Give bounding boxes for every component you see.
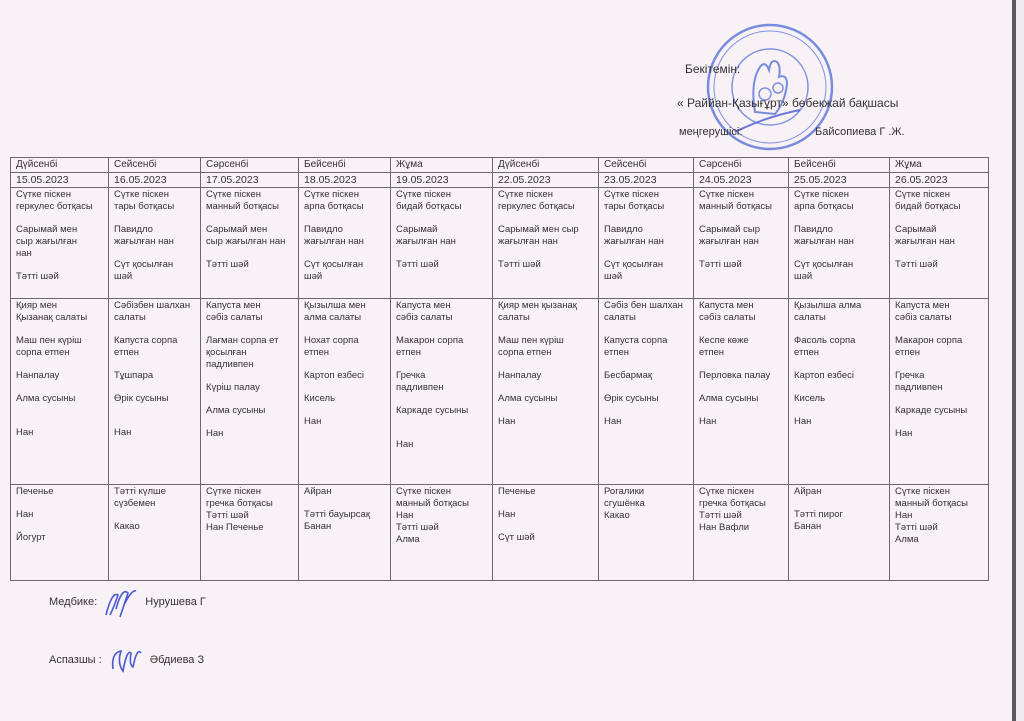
lunch-cell: Қызылша меналма салатыНохат сорпаетпенКа… bbox=[299, 299, 391, 485]
menu-item: Нохат сорпа bbox=[304, 335, 385, 347]
menu-item bbox=[794, 324, 884, 335]
menu-item bbox=[206, 213, 293, 224]
menu-item: Тәтті шәй bbox=[498, 259, 593, 271]
lunch-cell: Қияр менҚызанақ салатыМаш пен күрішсорпа… bbox=[11, 299, 109, 485]
menu-item bbox=[16, 324, 103, 335]
menu-item: Тұшпара bbox=[114, 370, 195, 382]
menu-item bbox=[396, 359, 487, 370]
menu-item bbox=[794, 213, 884, 224]
menu-item bbox=[794, 498, 884, 509]
day-name-cell: Сейсенбі bbox=[109, 158, 201, 173]
date-cell: 18.05.2023 bbox=[299, 173, 391, 188]
breakfast-cell: Сүтке піскенбидай ботқасыСарымайжағылған… bbox=[890, 188, 989, 299]
menu-item: сыр жағылған нан bbox=[206, 236, 293, 248]
menu-item: гречка ботқасы bbox=[206, 498, 293, 510]
menu-item: сәбіз салаты bbox=[699, 312, 783, 324]
date-cell: 16.05.2023 bbox=[109, 173, 201, 188]
menu-item bbox=[699, 324, 783, 335]
menu-item: Сүтке піскен bbox=[699, 189, 783, 201]
menu-item: Сарымай bbox=[895, 224, 983, 236]
menu-item: Тәтті шәй bbox=[16, 271, 103, 283]
menu-item bbox=[498, 324, 593, 335]
menu-item: Маш пен күріш bbox=[498, 335, 593, 347]
menu-item: Нан bbox=[895, 510, 983, 522]
menu-item: Нанпалау bbox=[498, 370, 593, 382]
day-name-cell: Сәрсенбі bbox=[201, 158, 299, 173]
menu-item: Капуста сорпа bbox=[114, 335, 195, 347]
menu-item bbox=[895, 213, 983, 224]
day-name-cell: Жұма bbox=[890, 158, 989, 173]
menu-item: Тәтті шәй bbox=[206, 259, 293, 271]
menu-item: салаты bbox=[114, 312, 195, 324]
menu-item bbox=[396, 428, 487, 439]
menu-item: Нан bbox=[304, 416, 385, 428]
menu-item: Тәтті шәй bbox=[895, 259, 983, 271]
menu-item: Алма bbox=[396, 534, 487, 546]
lunch-cell: Капуста менсәбіз салатыМакарон сорпаетпе… bbox=[890, 299, 989, 485]
menu-item: Қызылша алма bbox=[794, 300, 884, 312]
menu-item: жағылған нан bbox=[498, 236, 593, 248]
lunch-cell: Капуста менсәбіз салатыКеспе көжеетпенПе… bbox=[694, 299, 789, 485]
menu-item: Картоп езбесі bbox=[794, 370, 884, 382]
menu-item: салаты bbox=[794, 312, 884, 324]
menu-item: Сүтке піскен bbox=[396, 486, 487, 498]
menu-item: Сарымай мен bbox=[206, 224, 293, 236]
cook-signature-icon bbox=[107, 643, 145, 677]
nurse-label: Медбике: bbox=[49, 596, 97, 608]
nurse-signature-row: Медбике: Нурушева Г bbox=[49, 585, 206, 619]
menu-item bbox=[498, 498, 593, 509]
menu-item: Сүтке піскен bbox=[206, 189, 293, 201]
menu-item: жағылған нан bbox=[699, 236, 783, 248]
menu-item: Сүтке піскен bbox=[604, 189, 688, 201]
menu-item: жағылған нан bbox=[895, 236, 983, 248]
menu-item: Сүтке піскен bbox=[895, 486, 983, 498]
menu-item: тары ботқасы bbox=[604, 201, 688, 213]
menu-item bbox=[206, 248, 293, 259]
menu-item: етпен bbox=[794, 347, 884, 359]
day-name-cell: Дүйсенбі bbox=[493, 158, 599, 173]
menu-item: Сүтке піскен bbox=[206, 486, 293, 498]
menu-item: геркулес ботқасы bbox=[16, 201, 103, 213]
menu-item: Нан bbox=[498, 416, 593, 428]
menu-item: Алма сусыны bbox=[699, 393, 783, 405]
menu-item bbox=[206, 394, 293, 405]
menu-item: Кисель bbox=[794, 393, 884, 405]
menu-item: Павидло bbox=[304, 224, 385, 236]
menu-item: Алма сусыны bbox=[498, 393, 593, 405]
lunch-cell: Капуста менсәбіз салатыМакарон сорпаетпе… bbox=[391, 299, 493, 485]
menu-item bbox=[498, 248, 593, 259]
menu-item: манный ботқасы bbox=[895, 498, 983, 510]
menu-item: Өрік сусыны bbox=[114, 393, 195, 405]
menu-item bbox=[114, 416, 195, 427]
menu-item: сәбіз салаты bbox=[206, 312, 293, 324]
menu-item: Гречка bbox=[396, 370, 487, 382]
menu-item: Тәтті күлше bbox=[114, 486, 195, 498]
menu-item: Капуста мен bbox=[396, 300, 487, 312]
snack-cell: АйранТәтті бауырсақБанан bbox=[299, 485, 391, 581]
menu-item: Гречка bbox=[895, 370, 983, 382]
menu-item: Сарымай мен сыр bbox=[498, 224, 593, 236]
menu-item bbox=[895, 417, 983, 428]
menu-item: Сүтке піскен bbox=[895, 189, 983, 201]
menu-item bbox=[699, 248, 783, 259]
menu-item bbox=[396, 417, 487, 428]
menu-item: манный ботқасы bbox=[699, 201, 783, 213]
menu-item: Бесбармақ bbox=[604, 370, 688, 382]
menu-item: Перловка палау bbox=[699, 370, 783, 382]
date-cell: 19.05.2023 bbox=[391, 173, 493, 188]
lunch-cell: Сәбізбен шалхансалатыКапуста сорпаетпенТ… bbox=[109, 299, 201, 485]
menu-item bbox=[604, 382, 688, 393]
menu-item: Нан Печенье bbox=[206, 522, 293, 534]
menu-item: Сүтке піскен bbox=[498, 189, 593, 201]
menu-item: Айран bbox=[304, 486, 385, 498]
menu-item: Маш пен күріш bbox=[16, 335, 103, 347]
menu-item: манный ботқасы bbox=[206, 201, 293, 213]
menu-item: шәй bbox=[304, 271, 385, 283]
menu-item bbox=[114, 213, 195, 224]
menu-item bbox=[16, 382, 103, 393]
date-cell: 26.05.2023 bbox=[890, 173, 989, 188]
menu-item: Капуста мен bbox=[699, 300, 783, 312]
menu-item bbox=[604, 359, 688, 370]
day-name-cell: Жұма bbox=[391, 158, 493, 173]
breakfast-cell: Сүтке піскенбидай ботқасыСарымайжағылған… bbox=[391, 188, 493, 299]
menu-item: Тәтті шәй bbox=[396, 259, 487, 271]
menu-item: Павидло bbox=[794, 224, 884, 236]
menu-item: Нан bbox=[206, 428, 293, 440]
approval-position: меңгерушісі: bbox=[679, 126, 742, 138]
menu-item: Какао bbox=[114, 521, 195, 533]
menu-item: Банан bbox=[794, 521, 884, 533]
menu-item bbox=[304, 359, 385, 370]
menu-item bbox=[16, 416, 103, 427]
cook-label: Аспазшы : bbox=[49, 654, 102, 666]
snack-cell: Сүтке піскенманный ботқасыНанТәтті шәйАл… bbox=[890, 485, 989, 581]
menu-item: Қияр мен қызанақ bbox=[498, 300, 593, 312]
menu-item: Тәтті шәй bbox=[699, 510, 783, 522]
menu-item: Тәтті шәй bbox=[895, 522, 983, 534]
breakfast-cell: Сүтке піскенгеркулес ботқасыСарымай мен … bbox=[493, 188, 599, 299]
menu-item: Сүтке піскен bbox=[794, 189, 884, 201]
menu-item: Нанпалау bbox=[16, 370, 103, 382]
menu-item: Нан bbox=[396, 510, 487, 522]
menu-item bbox=[206, 417, 293, 428]
menu-item: Сарымай сыр bbox=[699, 224, 783, 236]
menu-item: етпен bbox=[699, 347, 783, 359]
menu-item: Рогалики bbox=[604, 486, 688, 498]
menu-item: сүзбемен bbox=[114, 498, 195, 510]
menu-item: Нан Вафли bbox=[699, 522, 783, 534]
snack-cell: ПеченьеНанСүт шәй bbox=[493, 485, 599, 581]
menu-item: арпа ботқасы bbox=[794, 201, 884, 213]
date-cell: 15.05.2023 bbox=[11, 173, 109, 188]
menu-item: Павидло bbox=[114, 224, 195, 236]
menu-item: жағылған нан bbox=[114, 236, 195, 248]
menu-item: Тәтті шәй bbox=[699, 259, 783, 271]
menu-item: Кеспе көже bbox=[699, 335, 783, 347]
menu-item: Нан bbox=[114, 427, 195, 439]
menu-item: Капуста мен bbox=[206, 300, 293, 312]
menu-item bbox=[16, 521, 103, 532]
menu-item bbox=[304, 213, 385, 224]
menu-item bbox=[604, 405, 688, 416]
menu-item: Фасоль сорпа bbox=[794, 335, 884, 347]
menu-item: етпен bbox=[396, 347, 487, 359]
menu-item bbox=[498, 213, 593, 224]
day-name-cell: Бейсенбі bbox=[789, 158, 890, 173]
menu-item: Нан bbox=[895, 428, 983, 440]
menu-item bbox=[16, 405, 103, 416]
menu-item bbox=[304, 405, 385, 416]
menu-item: Йогурт bbox=[16, 532, 103, 544]
menu-item: Сүт шәй bbox=[498, 532, 593, 544]
menu-item: Алма bbox=[895, 534, 983, 546]
approval-name: Байсопиева Г .Ж. bbox=[815, 126, 905, 138]
menu-item: Алма сусыны bbox=[206, 405, 293, 417]
menu-item bbox=[794, 382, 884, 393]
breakfast-cell: Сүтке піскен арпа ботқасы Павидложағылға… bbox=[789, 188, 890, 299]
menu-item: Сәбіз бен шалхан bbox=[604, 300, 688, 312]
menu-item: жағылған нан bbox=[604, 236, 688, 248]
menu-item: бидай ботқасы bbox=[895, 201, 983, 213]
menu-item: Нан bbox=[396, 439, 487, 451]
menu-item: Банан bbox=[304, 521, 385, 533]
menu-item: Кисель bbox=[304, 393, 385, 405]
menu-item: Айран bbox=[794, 486, 884, 498]
menu-item: Лағман сорпа ет bbox=[206, 335, 293, 347]
menu-item: етпен bbox=[895, 347, 983, 359]
menu-item bbox=[206, 324, 293, 335]
menu-item: сәбіз салаты bbox=[396, 312, 487, 324]
menu-item: Сүтке піскен bbox=[114, 189, 195, 201]
menu-item bbox=[794, 405, 884, 416]
menu-item bbox=[699, 405, 783, 416]
menu-item bbox=[396, 213, 487, 224]
menu-item: Сүт қосылған bbox=[114, 259, 195, 271]
date-cell: 23.05.2023 bbox=[599, 173, 694, 188]
menu-item: салаты bbox=[498, 312, 593, 324]
breakfast-cell: Сүтке піскенманный ботқасыСарымай менсыр… bbox=[201, 188, 299, 299]
cook-signature-row: Аспазшы : Әбдиева З bbox=[49, 643, 204, 677]
nurse-signature-icon bbox=[102, 585, 140, 619]
menu-item bbox=[114, 359, 195, 370]
menu-item bbox=[304, 382, 385, 393]
menu-item: Тәтті шәй bbox=[206, 510, 293, 522]
menu-item: Капуста мен bbox=[895, 300, 983, 312]
menu-item: падливпен bbox=[396, 382, 487, 394]
menu-item bbox=[794, 248, 884, 259]
menu-item: Сәбізбен шалхан bbox=[114, 300, 195, 312]
nurse-name: Нурушева Г bbox=[145, 596, 206, 608]
lunch-row: Қияр менҚызанақ салатыМаш пен күрішсорпа… bbox=[11, 299, 989, 485]
menu-item bbox=[895, 324, 983, 335]
menu-item: жағылған нан bbox=[794, 236, 884, 248]
menu-item: салаты bbox=[604, 312, 688, 324]
menu-item: шәй bbox=[794, 271, 884, 283]
menu-item: Сүтке піскен bbox=[16, 189, 103, 201]
menu-item: бидай ботқасы bbox=[396, 201, 487, 213]
snack-cell: Сүтке піскенгречка ботқасыТәтті шәйНан П… bbox=[201, 485, 299, 581]
menu-item bbox=[895, 394, 983, 405]
menu-item bbox=[895, 359, 983, 370]
menu-item: Нан bbox=[699, 416, 783, 428]
lunch-cell: Қызылша алмасалатыФасоль сорпаетпенКарто… bbox=[789, 299, 890, 485]
cook-name: Әбдиева З bbox=[150, 654, 204, 666]
menu-item bbox=[396, 394, 487, 405]
menu-item: сорпа етпен bbox=[498, 347, 593, 359]
approval-organization: « Раййан-Қазығұрт» бөбекжай бақшасы bbox=[677, 96, 898, 110]
menu-item: Печенье bbox=[16, 486, 103, 498]
menu-item bbox=[895, 248, 983, 259]
menu-item: Павидло bbox=[604, 224, 688, 236]
lunch-cell: Капуста менсәбіз салатыЛағман сорпа етқо… bbox=[201, 299, 299, 485]
menu-item bbox=[114, 324, 195, 335]
menu-item: Каркаде сусыны bbox=[396, 405, 487, 417]
date-row: 15.05.202316.05.202317.05.202318.05.2023… bbox=[11, 173, 989, 188]
menu-item: падливпен bbox=[206, 359, 293, 371]
snack-cell: Сүтке піскенгречка ботқасыТәтті шәйНан В… bbox=[694, 485, 789, 581]
menu-item: Сүт қосылған bbox=[304, 259, 385, 271]
menu-item: тары ботқасы bbox=[114, 201, 195, 213]
menu-item: Макарон сорпа bbox=[396, 335, 487, 347]
breakfast-cell: Сүтке піскенгеркулес ботқасыСарымай менс… bbox=[11, 188, 109, 299]
menu-item: алма салаты bbox=[304, 312, 385, 324]
lunch-cell: Сәбіз бен шалхансалатыКапуста сорпаетпен… bbox=[599, 299, 694, 485]
menu-item bbox=[604, 248, 688, 259]
menu-item: Каркаде сусыны bbox=[895, 405, 983, 417]
day-name-cell: Бейсенбі bbox=[299, 158, 391, 173]
menu-item bbox=[604, 213, 688, 224]
menu-item: Алма сусыны bbox=[16, 393, 103, 405]
menu-item bbox=[16, 498, 103, 509]
menu-item: Нан bbox=[498, 509, 593, 521]
menu-item: Капуста сорпа bbox=[604, 335, 688, 347]
date-cell: 24.05.2023 bbox=[694, 173, 789, 188]
menu-item: Какао bbox=[604, 510, 688, 522]
menu-item: арпа ботқасы bbox=[304, 201, 385, 213]
snack-cell: Тәтті күлшесүзбеменКакао bbox=[109, 485, 201, 581]
date-cell: 22.05.2023 bbox=[493, 173, 599, 188]
menu-item: геркулес ботқасы bbox=[498, 201, 593, 213]
menu-item: манный ботқасы bbox=[396, 498, 487, 510]
breakfast-cell: Сүтке піскентары ботқасыПавидложағылған … bbox=[599, 188, 694, 299]
menu-item: Тәтті шәй bbox=[396, 522, 487, 534]
menu-item: падливпен bbox=[895, 382, 983, 394]
snack-cell: Сүтке піскен манный ботқасы Нан Тәтті шә… bbox=[391, 485, 493, 581]
menu-item: сыр жағылған bbox=[16, 236, 103, 248]
menu-item: Тәтті бауырсақ bbox=[304, 509, 385, 521]
menu-item bbox=[699, 213, 783, 224]
menu-item bbox=[114, 510, 195, 521]
menu-item: Қызылша мен bbox=[304, 300, 385, 312]
menu-item: шәй bbox=[114, 271, 195, 283]
menu-item: Сүтке піскен bbox=[304, 189, 385, 201]
menu-item: қосылған bbox=[206, 347, 293, 359]
breakfast-cell: Сүтке піскенманный ботқасыСарымай сыржағ… bbox=[694, 188, 789, 299]
menu-item: Сүтке піскен bbox=[396, 189, 487, 201]
day-header-row: ДүйсенбіСейсенбіСәрсенбіБейсенбіЖұмаДүйс… bbox=[11, 158, 989, 173]
menu-item: етпен bbox=[604, 347, 688, 359]
menu-item: Сарымай bbox=[396, 224, 487, 236]
menu-item: Сарымай мен bbox=[16, 224, 103, 236]
day-name-cell: Сәрсенбі bbox=[694, 158, 789, 173]
menu-item: гречка ботқасы bbox=[699, 498, 783, 510]
menu-table: ДүйсенбіСейсенбіСәрсенбіБейсенбіЖұмаДүйс… bbox=[10, 157, 989, 581]
menu-item bbox=[304, 248, 385, 259]
menu-item: Печенье bbox=[498, 486, 593, 498]
menu-item: Сүт қосылған bbox=[794, 259, 884, 271]
day-name-cell: Сейсенбі bbox=[599, 158, 694, 173]
menu-item: нан bbox=[16, 248, 103, 260]
menu-item: Картоп езбесі bbox=[304, 370, 385, 382]
menu-item: Нан bbox=[16, 509, 103, 521]
menu-item: Сүтке піскен bbox=[699, 486, 783, 498]
menu-item: жағылған нан bbox=[304, 236, 385, 248]
menu-item bbox=[114, 382, 195, 393]
menu-item: Нан bbox=[794, 416, 884, 428]
menu-item bbox=[396, 248, 487, 259]
snack-row: ПеченьеНанЙогурт Тәтті күлшесүзбеменКака… bbox=[11, 485, 989, 581]
menu-item bbox=[604, 324, 688, 335]
menu-item: етпен bbox=[304, 347, 385, 359]
menu-item bbox=[16, 213, 103, 224]
menu-item bbox=[498, 521, 593, 532]
menu-item: Қияр мен bbox=[16, 300, 103, 312]
snack-cell: АйранТәтті пирогБанан bbox=[789, 485, 890, 581]
menu-item bbox=[699, 382, 783, 393]
menu-item: Нан bbox=[16, 427, 103, 439]
breakfast-cell: Сүтке піскен арпа ботқасыПавидложағылған… bbox=[299, 188, 391, 299]
date-cell: 25.05.2023 bbox=[789, 173, 890, 188]
lunch-cell: Қияр мен қызанақсалатыМаш пен күрішсорпа… bbox=[493, 299, 599, 485]
approval-title: Бекітемін: bbox=[685, 62, 740, 76]
menu-item: Өрік сусыны bbox=[604, 393, 688, 405]
day-name-cell: Дүйсенбі bbox=[11, 158, 109, 173]
menu-item bbox=[498, 359, 593, 370]
menu-item: Макарон сорпа bbox=[895, 335, 983, 347]
menu-item: Нан bbox=[604, 416, 688, 428]
breakfast-cell: Сүтке піскентары ботқасыПавидложағылған … bbox=[109, 188, 201, 299]
breakfast-row: Сүтке піскенгеркулес ботқасыСарымай менс… bbox=[11, 188, 989, 299]
menu-item: шәй bbox=[604, 271, 688, 283]
menu-item bbox=[16, 260, 103, 271]
menu-item bbox=[114, 405, 195, 416]
menu-item bbox=[114, 248, 195, 259]
menu-item bbox=[16, 359, 103, 370]
menu-item bbox=[498, 405, 593, 416]
menu-item: Тәтті пирог bbox=[794, 509, 884, 521]
menu-item: Сүт қосылған bbox=[604, 259, 688, 271]
snack-cell: РогаликисгушёнкаКакао bbox=[599, 485, 694, 581]
menu-item bbox=[794, 359, 884, 370]
menu-item: етпен bbox=[114, 347, 195, 359]
snack-cell: ПеченьеНанЙогурт bbox=[11, 485, 109, 581]
menu-item: жағылған нан bbox=[396, 236, 487, 248]
menu-item bbox=[396, 324, 487, 335]
date-cell: 17.05.2023 bbox=[201, 173, 299, 188]
menu-item: Қызанақ салаты bbox=[16, 312, 103, 324]
scan-margin bbox=[1016, 0, 1024, 721]
menu-item: сәбіз салаты bbox=[895, 312, 983, 324]
menu-item: сорпа етпен bbox=[16, 347, 103, 359]
menu-item: Күріш палау bbox=[206, 382, 293, 394]
menu-item bbox=[304, 324, 385, 335]
menu-item: сгушёнка bbox=[604, 498, 688, 510]
menu-item bbox=[498, 382, 593, 393]
